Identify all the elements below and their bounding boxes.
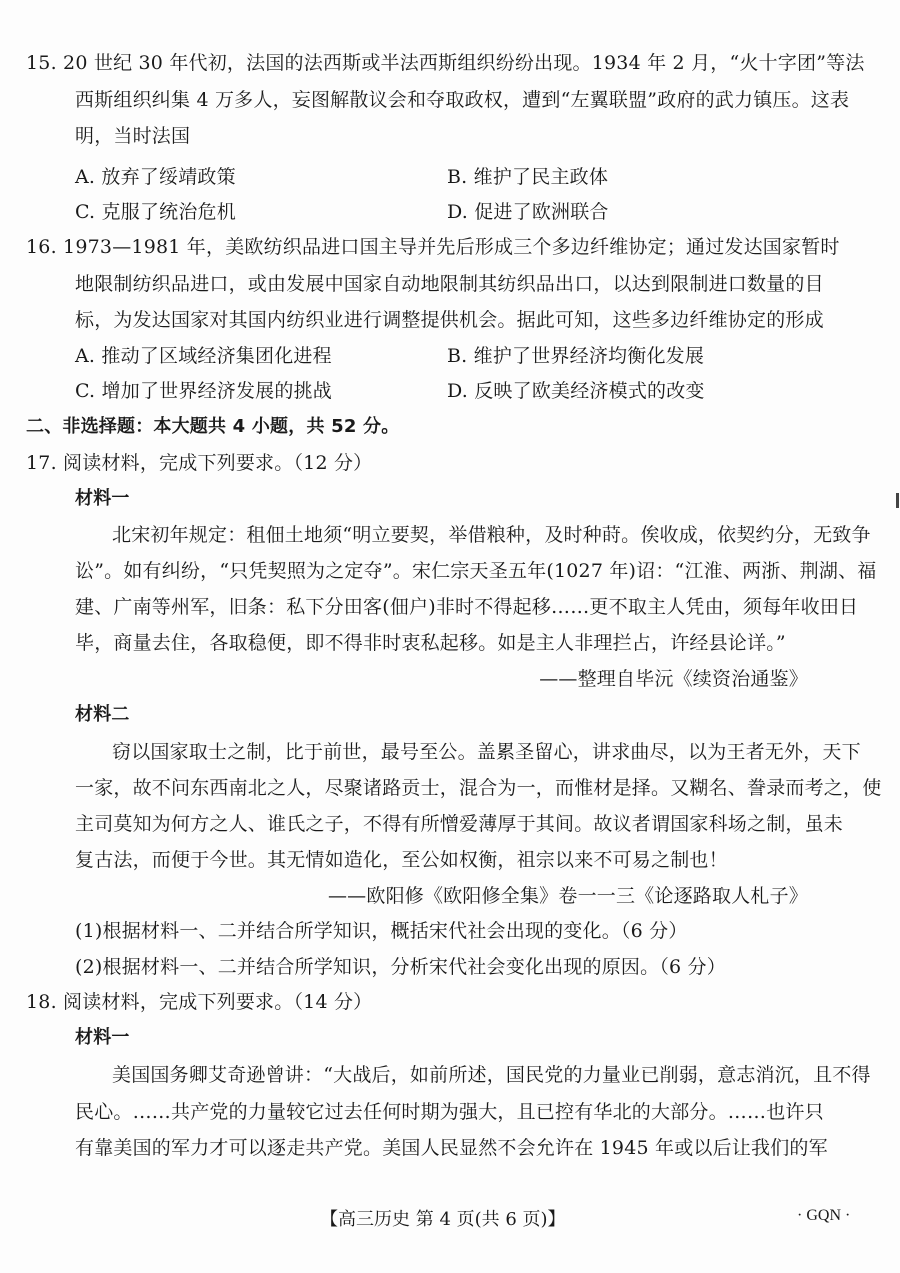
q16-option-d: D. 反映了欧美经济模式的改变 [447, 379, 705, 403]
q15-option-b: B. 维护了民主政体 [447, 165, 608, 189]
q17-material-1-line-1: 北宋初年规定：租佃土地须“明立要契，举借粮种，及时种莳。俟收成，依契约分，无致争 [112, 523, 871, 547]
page-footer-label: 【高三历史 第 4 页(共 6 页)】 [320, 1205, 566, 1231]
q16-stem-line-2: 地限制纺织品进口，或由发展中国家自动地限制其纺织品出口，以达到限制进口数量的目 [75, 272, 824, 296]
q18-material-1-label: 材料一 [75, 1026, 130, 1050]
scan-edge-mark [896, 493, 899, 508]
q17-sub-question-2: (2)根据材料一、二并结合所学知识，分析宋代社会变化出现的原因。（6 分） [75, 955, 726, 979]
q15-option-a: A. 放弃了绥靖政策 [75, 165, 236, 189]
q17-material-1-line-2: 讼”。如有纠纷，“只凭契照为之定夺”。宋仁宗天圣五年(1027 年)诏：“江淮、… [75, 559, 876, 583]
q17-material-1-label: 材料一 [75, 487, 130, 511]
page-footer-code: · GQN · [797, 1207, 850, 1225]
q15-option-d: D. 促进了欧洲联合 [447, 200, 609, 224]
q17-material-2-line-2: 一家，故不问东西南北之人，尽聚诸路贡士，混合为一，而惟材是择。又糊名、誊录而考之… [75, 776, 881, 800]
exam-page: 15. 20 世纪 30 年代初，法国的法西斯或半法西斯组织纷纷出现。1934 … [0, 0, 900, 1273]
q15-stem-line-1: 15. 20 世纪 30 年代初，法国的法西斯或半法西斯组织纷纷出现。1934 … [26, 51, 865, 75]
q16-option-c: C. 增加了世界经济发展的挑战 [75, 379, 332, 403]
q18-title: 18. 阅读材料，完成下列要求。（14 分） [26, 990, 372, 1014]
q17-sub-question-1: (1)根据材料一、二并结合所学知识，概括宋代社会出现的变化。（6 分） [75, 919, 688, 943]
q15-stem-line-2: 西斯组织纠集 4 万多人，妄图解散议会和夺取政权，遭到“左翼联盟”政府的武力镇压… [75, 88, 849, 112]
q17-material-2-line-1: 窃以国家取士之制，比于前世，最号至公。盖累圣留心，讲求曲尽，以为王者无外，天下 [112, 740, 861, 764]
q17-material-1-line-3: 建、广南等州军，旧条：私下分田客(佃户)非时不得起移……更不取主人凭由，须每年收… [75, 595, 858, 619]
q16-stem-line-1: 16. 1973—1981 年，美欧纺织品进口国主导并先后形成三个多边纤维协定；… [26, 235, 840, 259]
q17-material-1-source: ——整理自毕沅《续资治通鉴》 [539, 667, 808, 691]
q17-material-2-line-3: 主司莫知为何方之人、谁氏之子，不得有所憎爱薄厚于其间。故议者谓国家科场之制，虽未 [75, 812, 843, 836]
q17-title: 17. 阅读材料，完成下列要求。（12 分） [26, 451, 372, 475]
q18-material-1-line-1: 美国国务卿艾奇逊曾讲：“大战后，如前所述，国民党的力量业已削弱，意志消沉，且不得 [112, 1063, 871, 1087]
q17-material-2-source: ——欧阳修《欧阳修全集》卷一一三《论逐路取人札子》 [328, 884, 808, 908]
q18-material-1-line-3: 有靠美国的军力才可以逐走共产党。美国人民显然不会允许在 1945 年或以后让我们… [75, 1136, 828, 1160]
q18-material-1-line-2: 民心。……共产党的力量较它过去任何时期为强大，且已控有华北的大部分。……也许只 [75, 1100, 824, 1124]
section-2-heading: 二、非选择题：本大题共 4 小题，共 52 分。 [26, 415, 399, 439]
q17-material-1-line-4: 毕，商量去住，各取稳便，即不得非时衷私起移。如是主人非理拦占，许经县论详。” [75, 631, 786, 655]
q16-option-b: B. 维护了世界经济均衡化发展 [447, 344, 704, 368]
q16-stem-line-3: 标，为发达国家对其国内纺织业进行调整提供机会。据此可知，这些多边纤维协定的形成 [75, 308, 824, 332]
q15-stem-line-3: 明，当时法国 [75, 124, 190, 148]
q16-option-a: A. 推动了区域经济集团化进程 [75, 344, 332, 368]
q17-material-2-label: 材料二 [75, 703, 130, 727]
q15-option-c: C. 克服了统治危机 [75, 200, 236, 224]
q17-material-2-line-4: 复古法，而便于今世。其无情如造化，至公如权衡，祖宗以来不可易之制也！ [75, 848, 728, 872]
